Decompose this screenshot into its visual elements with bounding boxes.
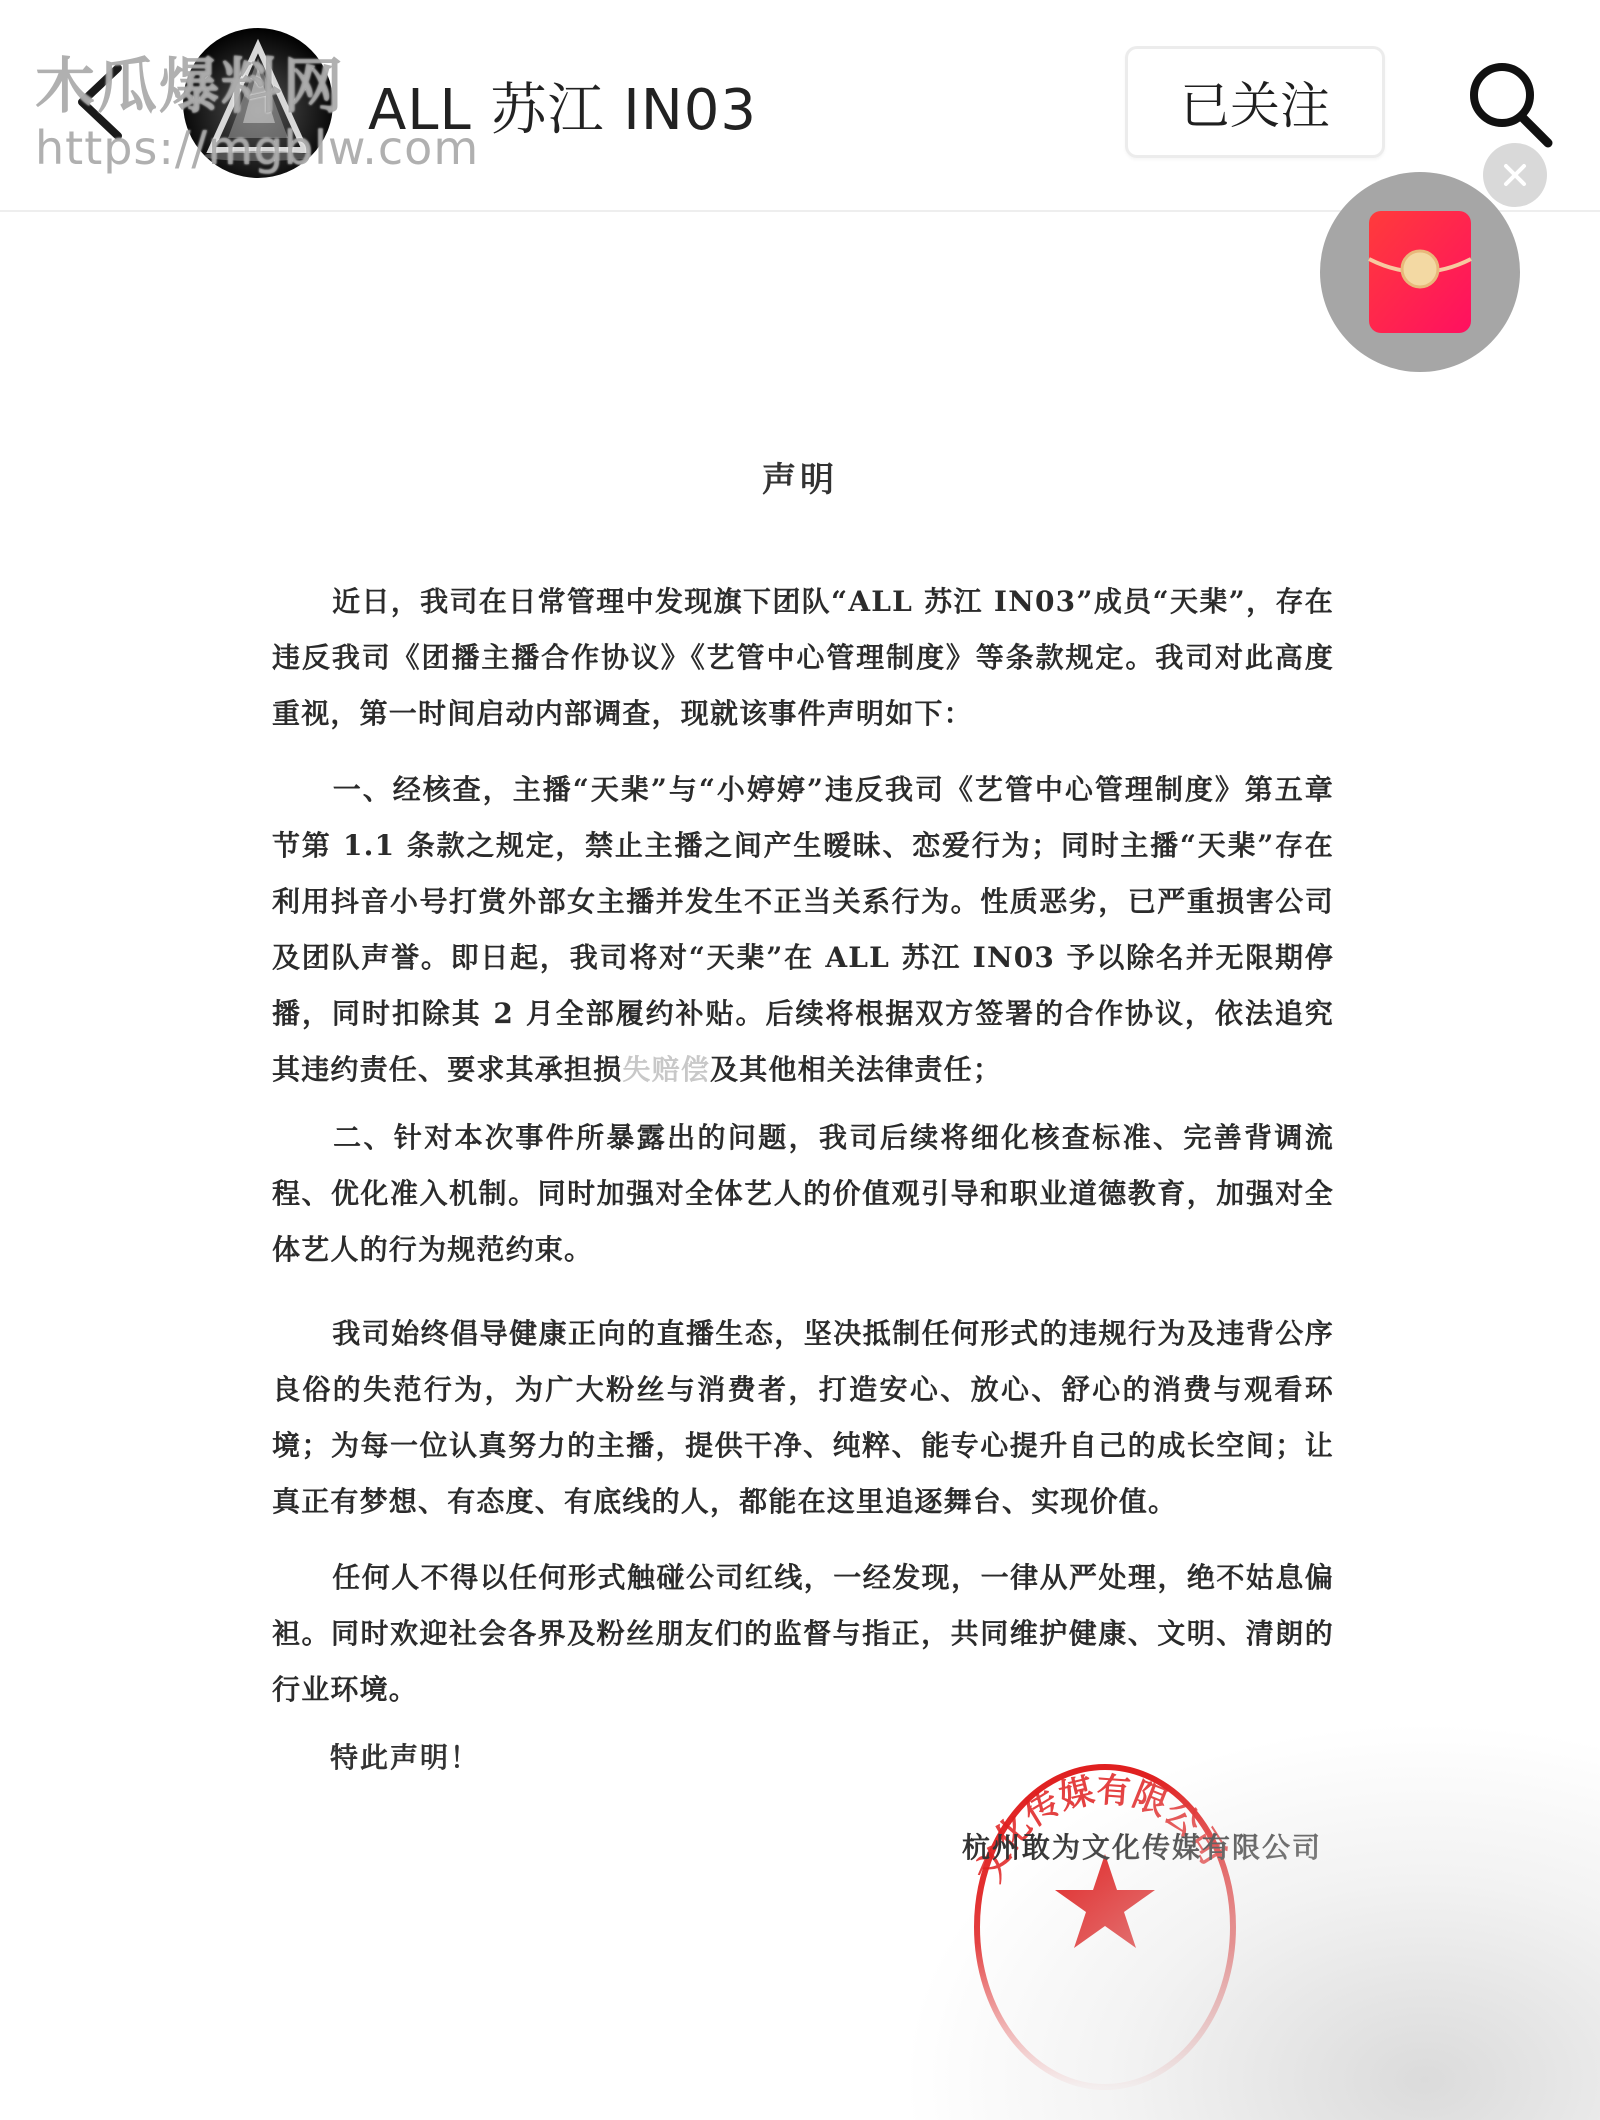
paragraph-intro: 近日，我司在日常管理中发现旗下团队“ALL 苏江 IN03”成员“天棐”，存在违… [272, 574, 1334, 742]
account-avatar[interactable] [183, 28, 333, 178]
close-widget-button[interactable] [1483, 143, 1547, 207]
company-seal: 文化传媒有限公司 [955, 1742, 1255, 2042]
company-signature: 杭州敢为文化传媒有限公司 [962, 1826, 1322, 1866]
statement-document: 声明 近日，我司在日常管理中发现旗下团队“ALL 苏江 IN03”成员“天棐”，… [0, 214, 1600, 2120]
paragraph-section-one: 一、经核查，主播“天棐”与“小婷婷”违反我司《艺管中心管理制度》第五章节第 1.… [272, 762, 1334, 1098]
document-title: 声明 [0, 452, 1600, 501]
seal-stamp-icon: 文化传媒有限公司 [955, 1742, 1255, 2120]
search-icon [1460, 55, 1560, 155]
close-icon [1501, 161, 1529, 189]
account-name: ALL 苏江 IN03 [368, 66, 757, 146]
back-button[interactable] [70, 62, 130, 142]
search-button[interactable] [1460, 55, 1560, 155]
paragraph-warning: 任何人不得以任何形式触碰公司红线，一经发现，一律从严处理，绝不姑息偏袒。同时欢迎… [272, 1550, 1334, 1718]
top-nav-bar: ALL 苏江 IN03 已关注 [0, 0, 1600, 212]
closing-statement: 特此声明！ [330, 1736, 480, 1776]
paragraph-commitment: 我司始终倡导健康正向的直播生态，坚决抵制任何形式的违规行为及违背公序良俗的失范行… [272, 1306, 1334, 1530]
chevron-left-icon [70, 62, 130, 142]
following-button[interactable]: 已关注 [1125, 46, 1385, 158]
mountain-logo-icon [183, 28, 333, 178]
paragraph-section-two: 二、针对本次事件所暴露出的问题，我司后续将细化核查标准、完善背调流程、优化准入机… [272, 1110, 1334, 1278]
faded-text: 失赔偿 [622, 1053, 710, 1086]
